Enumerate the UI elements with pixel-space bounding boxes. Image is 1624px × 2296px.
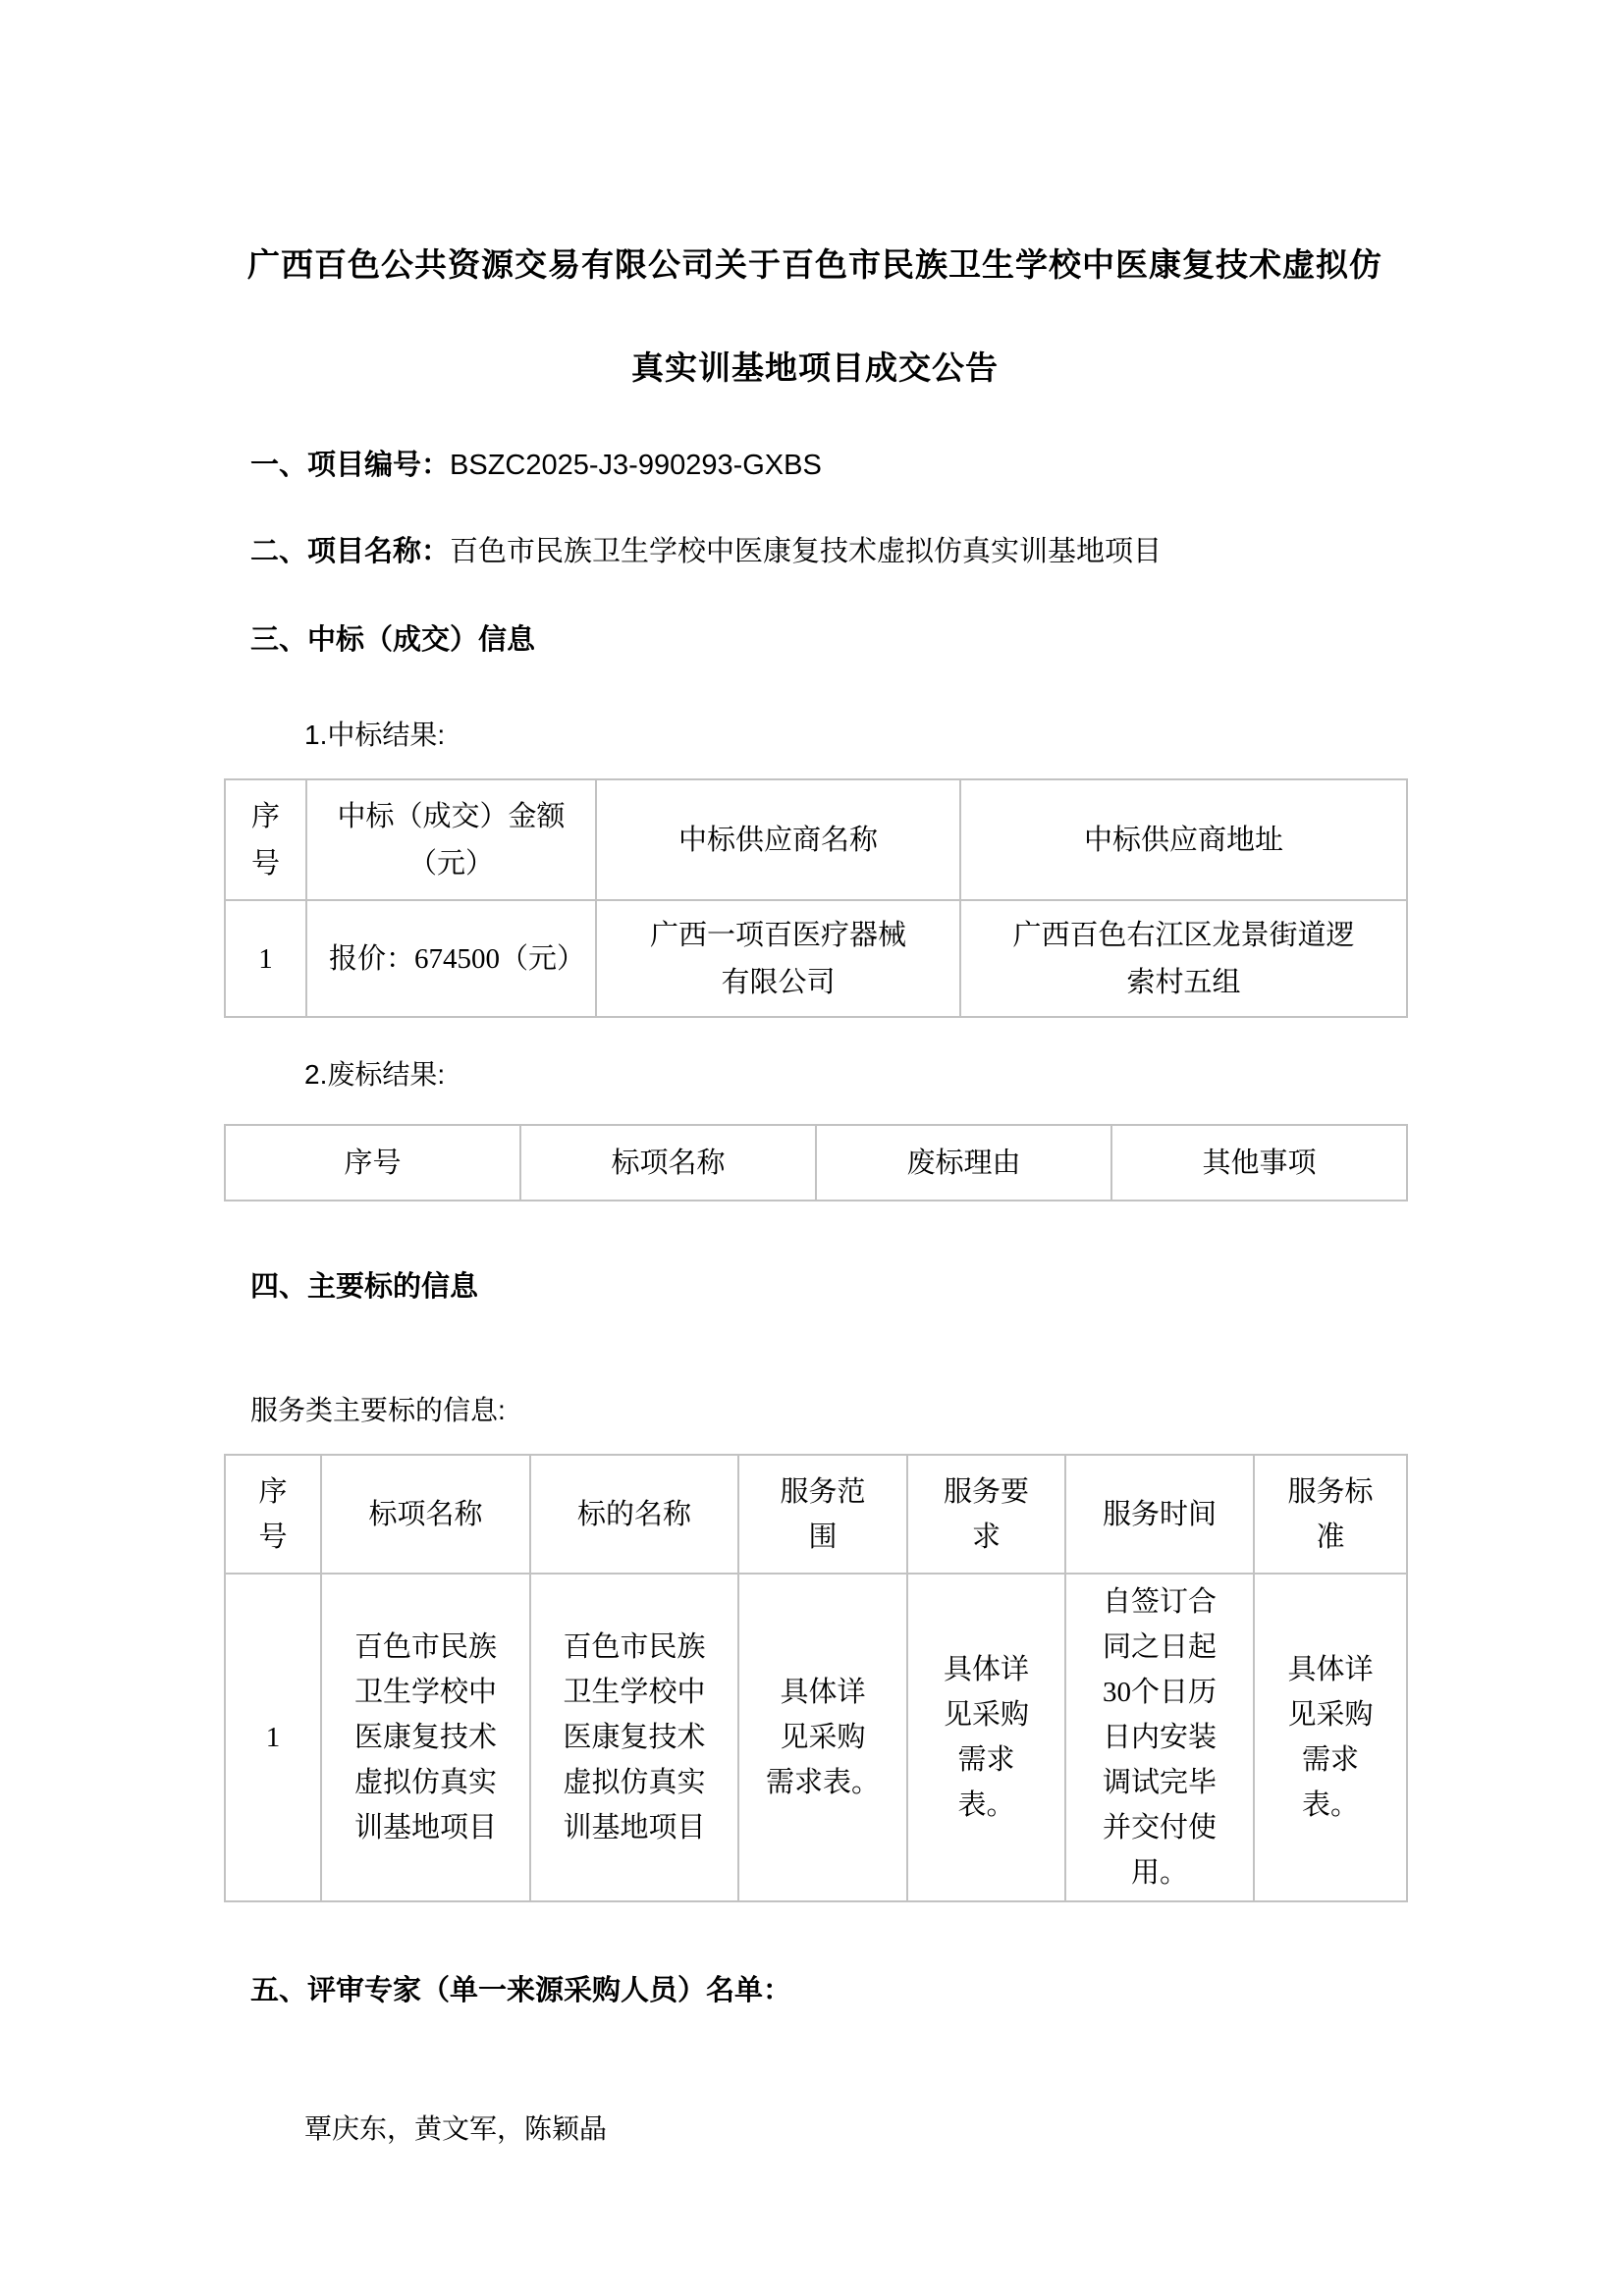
award-header-supplier-address: 中标供应商地址 [960,779,1407,900]
project-name-value: 百色市民族卫生学校中医康复技术虚拟仿真实训基地项目 [450,536,1162,567]
rejected-result-label: 2.废标结果: [224,1055,1406,1095]
service-header-seq: 序 号 [225,1455,321,1574]
service-header-subject-name: 标的名称 [530,1455,738,1574]
service-header-scope: 服务范 围 [738,1455,907,1574]
service-header-standard: 服务标 准 [1254,1455,1407,1574]
service-header-item-name: 标项名称 [321,1455,530,1574]
section-project-name: 二、项目名称：百色市民族卫生学校中医康复技术虚拟仿真实训基地项目 [224,530,1406,573]
service-cell-time: 自签订合 同之日起 30个日历 日内安装 调试完毕 并交付使 用。 [1065,1574,1254,1901]
service-cell-item-name: 百色市民族 卫生学校中 医康复技术 虚拟仿真实 训基地项目 [321,1574,530,1901]
title-line-1: 广西百色公共资源交易有限公司关于百色市民族卫生学校中医康复技术虚拟仿 [224,240,1406,290]
section-main-subject-heading: 四、主要标的信息 [224,1265,1406,1308]
section-experts-heading: 五、评审专家（单一来源采购人员）名单： [224,1969,1406,2012]
award-table-header-row: 序 号 中标（成交）金额 （元） 中标供应商名称 中标供应商地址 [225,779,1407,900]
service-subject-table: 序 号 标项名称 标的名称 服务范 围 服务要 求 服务时间 服务标 准 1 百… [224,1454,1408,1902]
service-table-header-row: 序 号 标项名称 标的名称 服务范 围 服务要 求 服务时间 服务标 准 [225,1455,1407,1574]
project-number-value: BSZC2025-J3-990293-GXBS [450,450,822,481]
award-cell-supplier-name: 广西一项百医疗器械 有限公司 [596,900,960,1017]
document-page: 广西百色公共资源交易有限公司关于百色市民族卫生学校中医康复技术虚拟仿 真实训基地… [0,0,1624,2296]
award-cell-amount: 报价：674500（元） [306,900,596,1017]
rejected-result-table: 序号 标项名称 废标理由 其他事项 [224,1124,1408,1201]
rejected-header-other: 其他事项 [1111,1125,1407,1201]
award-header-seq: 序 号 [225,779,306,900]
project-number-label: 一、项目编号： [250,450,450,481]
document-content: 广西百色公共资源交易有限公司关于百色市民族卫生学校中医康复技术虚拟仿 真实训基地… [0,0,1624,2149]
service-table-row: 1 百色市民族 卫生学校中 医康复技术 虚拟仿真实 训基地项目 百色市民族 卫生… [225,1574,1407,1901]
award-table-row: 1 报价：674500（元） 广西一项百医疗器械 有限公司 广西百色右江区龙景街… [225,900,1407,1017]
project-name-label: 二、项目名称： [250,536,450,567]
service-cell-standard: 具体详 见采购 需求 表。 [1254,1574,1407,1901]
document-title: 广西百色公共资源交易有限公司关于百色市民族卫生学校中医康复技术虚拟仿 真实训基地… [224,240,1406,393]
service-cell-subject-name: 百色市民族 卫生学校中 医康复技术 虚拟仿真实 训基地项目 [530,1574,738,1901]
rejected-header-item-name: 标项名称 [520,1125,816,1201]
service-cell-seq: 1 [225,1574,321,1901]
rejected-table-header-row: 序号 标项名称 废标理由 其他事项 [225,1125,1407,1201]
title-line-2: 真实训基地项目成交公告 [224,344,1406,393]
award-result-label: 1.中标结果: [224,716,1406,755]
service-cell-requirement: 具体详 见采购 需求 表。 [907,1574,1065,1901]
experts-names: 覃庆东，黄文军，陈颖晶 [224,2109,1406,2149]
service-cell-scope: 具体详 见采购 需求表。 [738,1574,907,1901]
award-header-amount: 中标（成交）金额 （元） [306,779,596,900]
service-header-time: 服务时间 [1065,1455,1254,1574]
award-header-supplier-name: 中标供应商名称 [596,779,960,900]
award-cell-seq: 1 [225,900,306,1017]
service-info-label: 服务类主要标的信息: [224,1391,1406,1430]
section-project-number: 一、项目编号：BSZC2025-J3-990293-GXBS [224,444,1406,487]
award-result-table: 序 号 中标（成交）金额 （元） 中标供应商名称 中标供应商地址 1 报价：67… [224,778,1408,1018]
rejected-header-seq: 序号 [225,1125,520,1201]
rejected-header-reason: 废标理由 [816,1125,1111,1201]
service-header-requirement: 服务要 求 [907,1455,1065,1574]
section-award-info-heading: 三、中标（成交）信息 [224,618,1406,662]
award-cell-supplier-address: 广西百色右江区龙景街道逻 索村五组 [960,900,1407,1017]
